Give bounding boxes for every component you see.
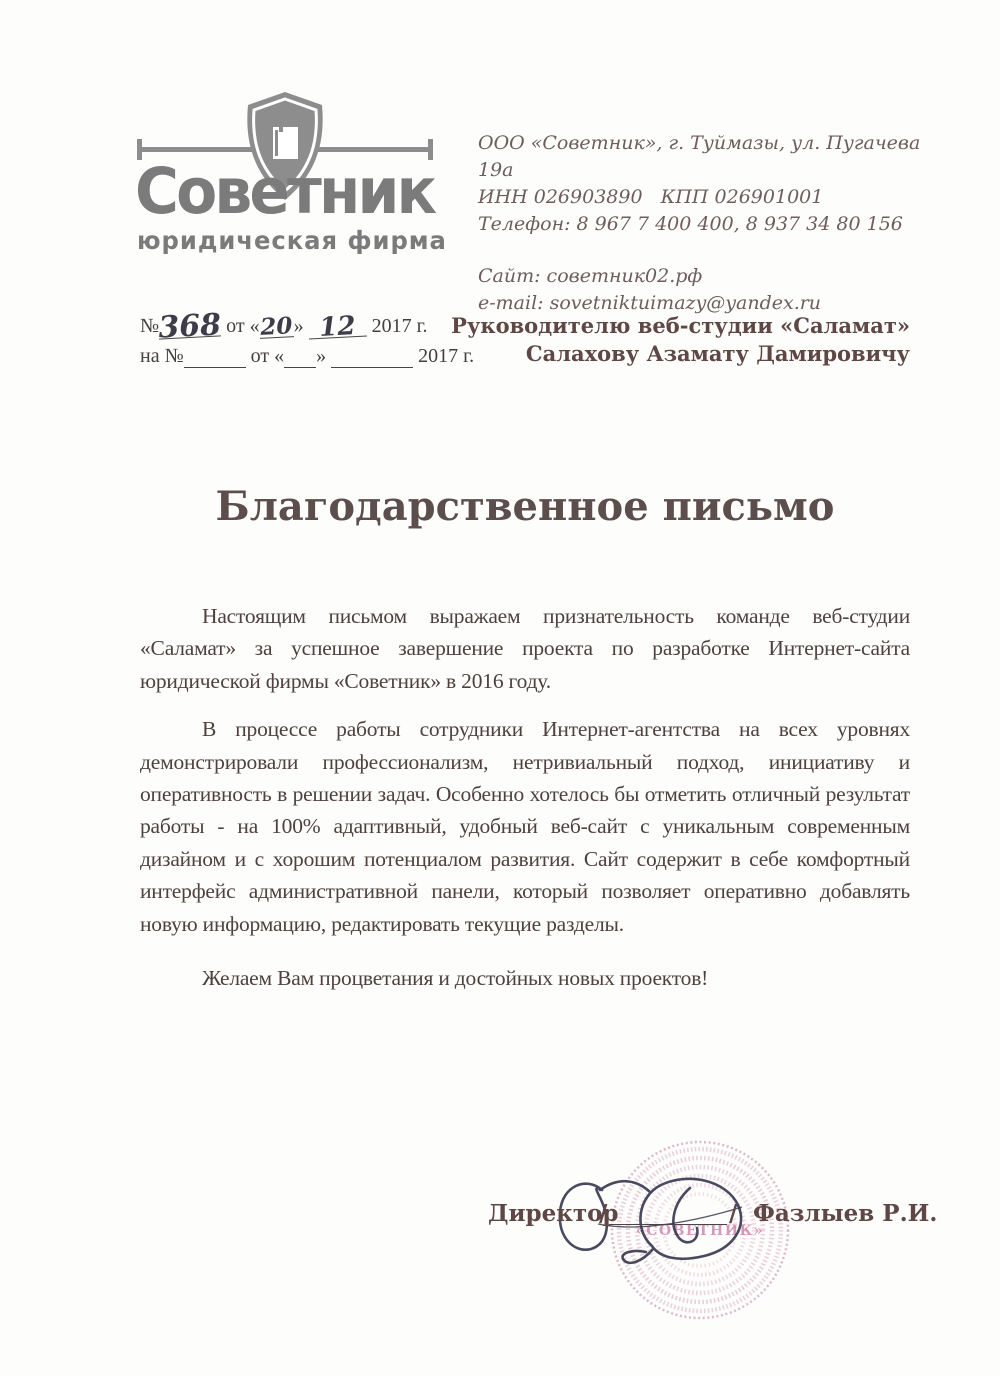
contact-block: ООО «Советник», г. Туймазы, ул. Пугачева… [478,130,938,317]
addressee-role: Руководителю веб-студии «Саламат» [420,312,910,340]
signature-director-name: Фазлыев Р.И. [753,1200,937,1227]
contact-address: ООО «Советник», г. Туймазы, ул. Пугачева… [478,130,938,184]
logo-company-name: Советник [135,162,420,222]
ref2-ot-label: от « [246,345,284,368]
ref2-close-quote: » [316,345,331,368]
ref-no-label: № [140,315,159,338]
signature-blank-line [609,1204,727,1225]
ref-ot-label: от « [221,315,259,338]
body-paragraph-1: Настоящим письмом выражаем признательнос… [140,600,910,697]
ref-no-handwritten: 368 [158,315,221,339]
contact-website: Сайт: советник02.рф [478,263,938,290]
ref2-no-label: на № [140,345,184,368]
logo-tagline: юридическая фирма [137,226,428,255]
scanned-letter-page: Советник юридическая фирма ООО «Советник… [0,0,1000,1376]
ref-month-handwritten: 12 [308,316,367,340]
body-closing-line: Желаем Вам процветания и достойных новых… [140,962,910,994]
letter-body: Настоящим письмом выражаем признательнос… [140,600,910,994]
contact-inn-kpp: ИНН 026903890 КПП 026901001 [478,184,938,211]
signature-slash-close: / [729,1200,737,1227]
letter-title: Благодарственное письмо [140,483,910,530]
signature-slash-open: / [599,1200,607,1227]
ref2-day-blank [284,345,316,368]
ref-year-label: 2017 г. [367,315,428,338]
ref-day-handwritten: 20 [259,316,294,339]
contact-phone: Телефон: 8 967 7 400 400, 8 937 34 80 15… [478,211,938,238]
ref-close-quote: » [294,315,309,338]
addressee-block: Руководителю веб-студии «Саламат» Салахо… [420,312,910,368]
ref2-no-blank [184,345,246,368]
body-paragraph-2: В процессе работы сотрудники Интернет-аг… [140,713,910,940]
addressee-name: Салахову Азамату Дамировичу [420,340,910,368]
ref2-month-blank [331,345,413,368]
